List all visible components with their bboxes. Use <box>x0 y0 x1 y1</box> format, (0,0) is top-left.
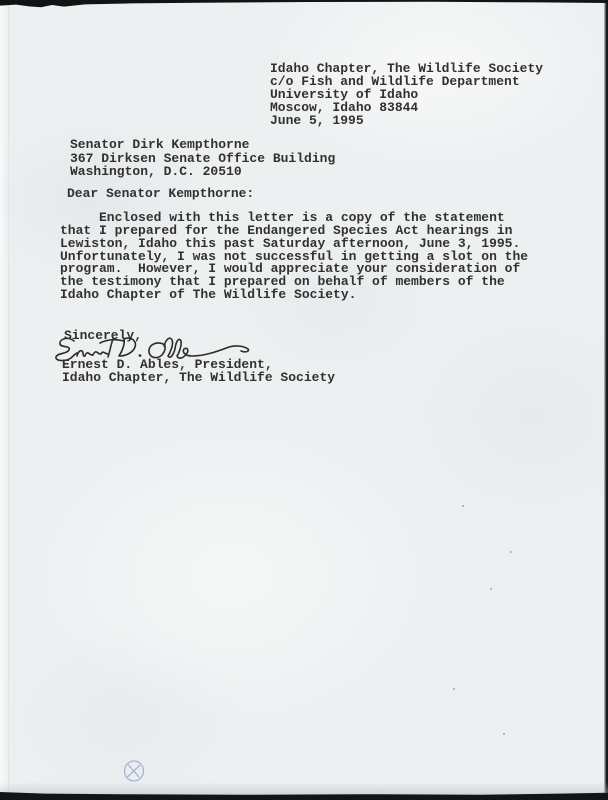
sender-address-block: Idaho Chapter, The Wildlife Society c/o … <box>270 62 543 127</box>
recipient-address-block: Senator Dirk Kempthorne 367 Dirksen Sena… <box>70 138 335 179</box>
body-line: Idaho Chapter of The Wildlife Society. <box>60 289 528 302</box>
scan-edge-right <box>604 0 608 800</box>
scan-edge-bottom <box>0 791 608 800</box>
scan-speck <box>100 231 102 234</box>
salutation: Dear Senator Kempthorne: <box>67 187 254 200</box>
scan-speck <box>510 551 512 553</box>
scanned-letter-page: Idaho Chapter, The Wildlife Society c/o … <box>0 0 608 800</box>
scan-speck <box>462 505 464 507</box>
circled-x-stamp-icon <box>119 756 149 786</box>
scan-speck <box>453 688 455 690</box>
paper-left-edge <box>0 0 9 800</box>
scan-edge-top <box>0 0 608 10</box>
signer-line: Idaho Chapter, The Wildlife Society <box>62 371 335 384</box>
scan-speck <box>490 588 492 590</box>
letter-body: Enclosed with this letter is a copy of t… <box>60 212 528 302</box>
letter-date: June 5, 1995 <box>270 114 543 127</box>
paper-bottom-shadow <box>0 782 608 796</box>
recipient-line: 367 Dirksen Senate Office Building <box>70 152 335 166</box>
recipient-line: Senator Dirk Kempthorne <box>70 138 335 152</box>
recipient-line: Washington, D.C. 20510 <box>70 165 335 179</box>
scan-speck <box>503 733 505 735</box>
signer-block: Ernest D. Ables, President, Idaho Chapte… <box>62 358 335 384</box>
